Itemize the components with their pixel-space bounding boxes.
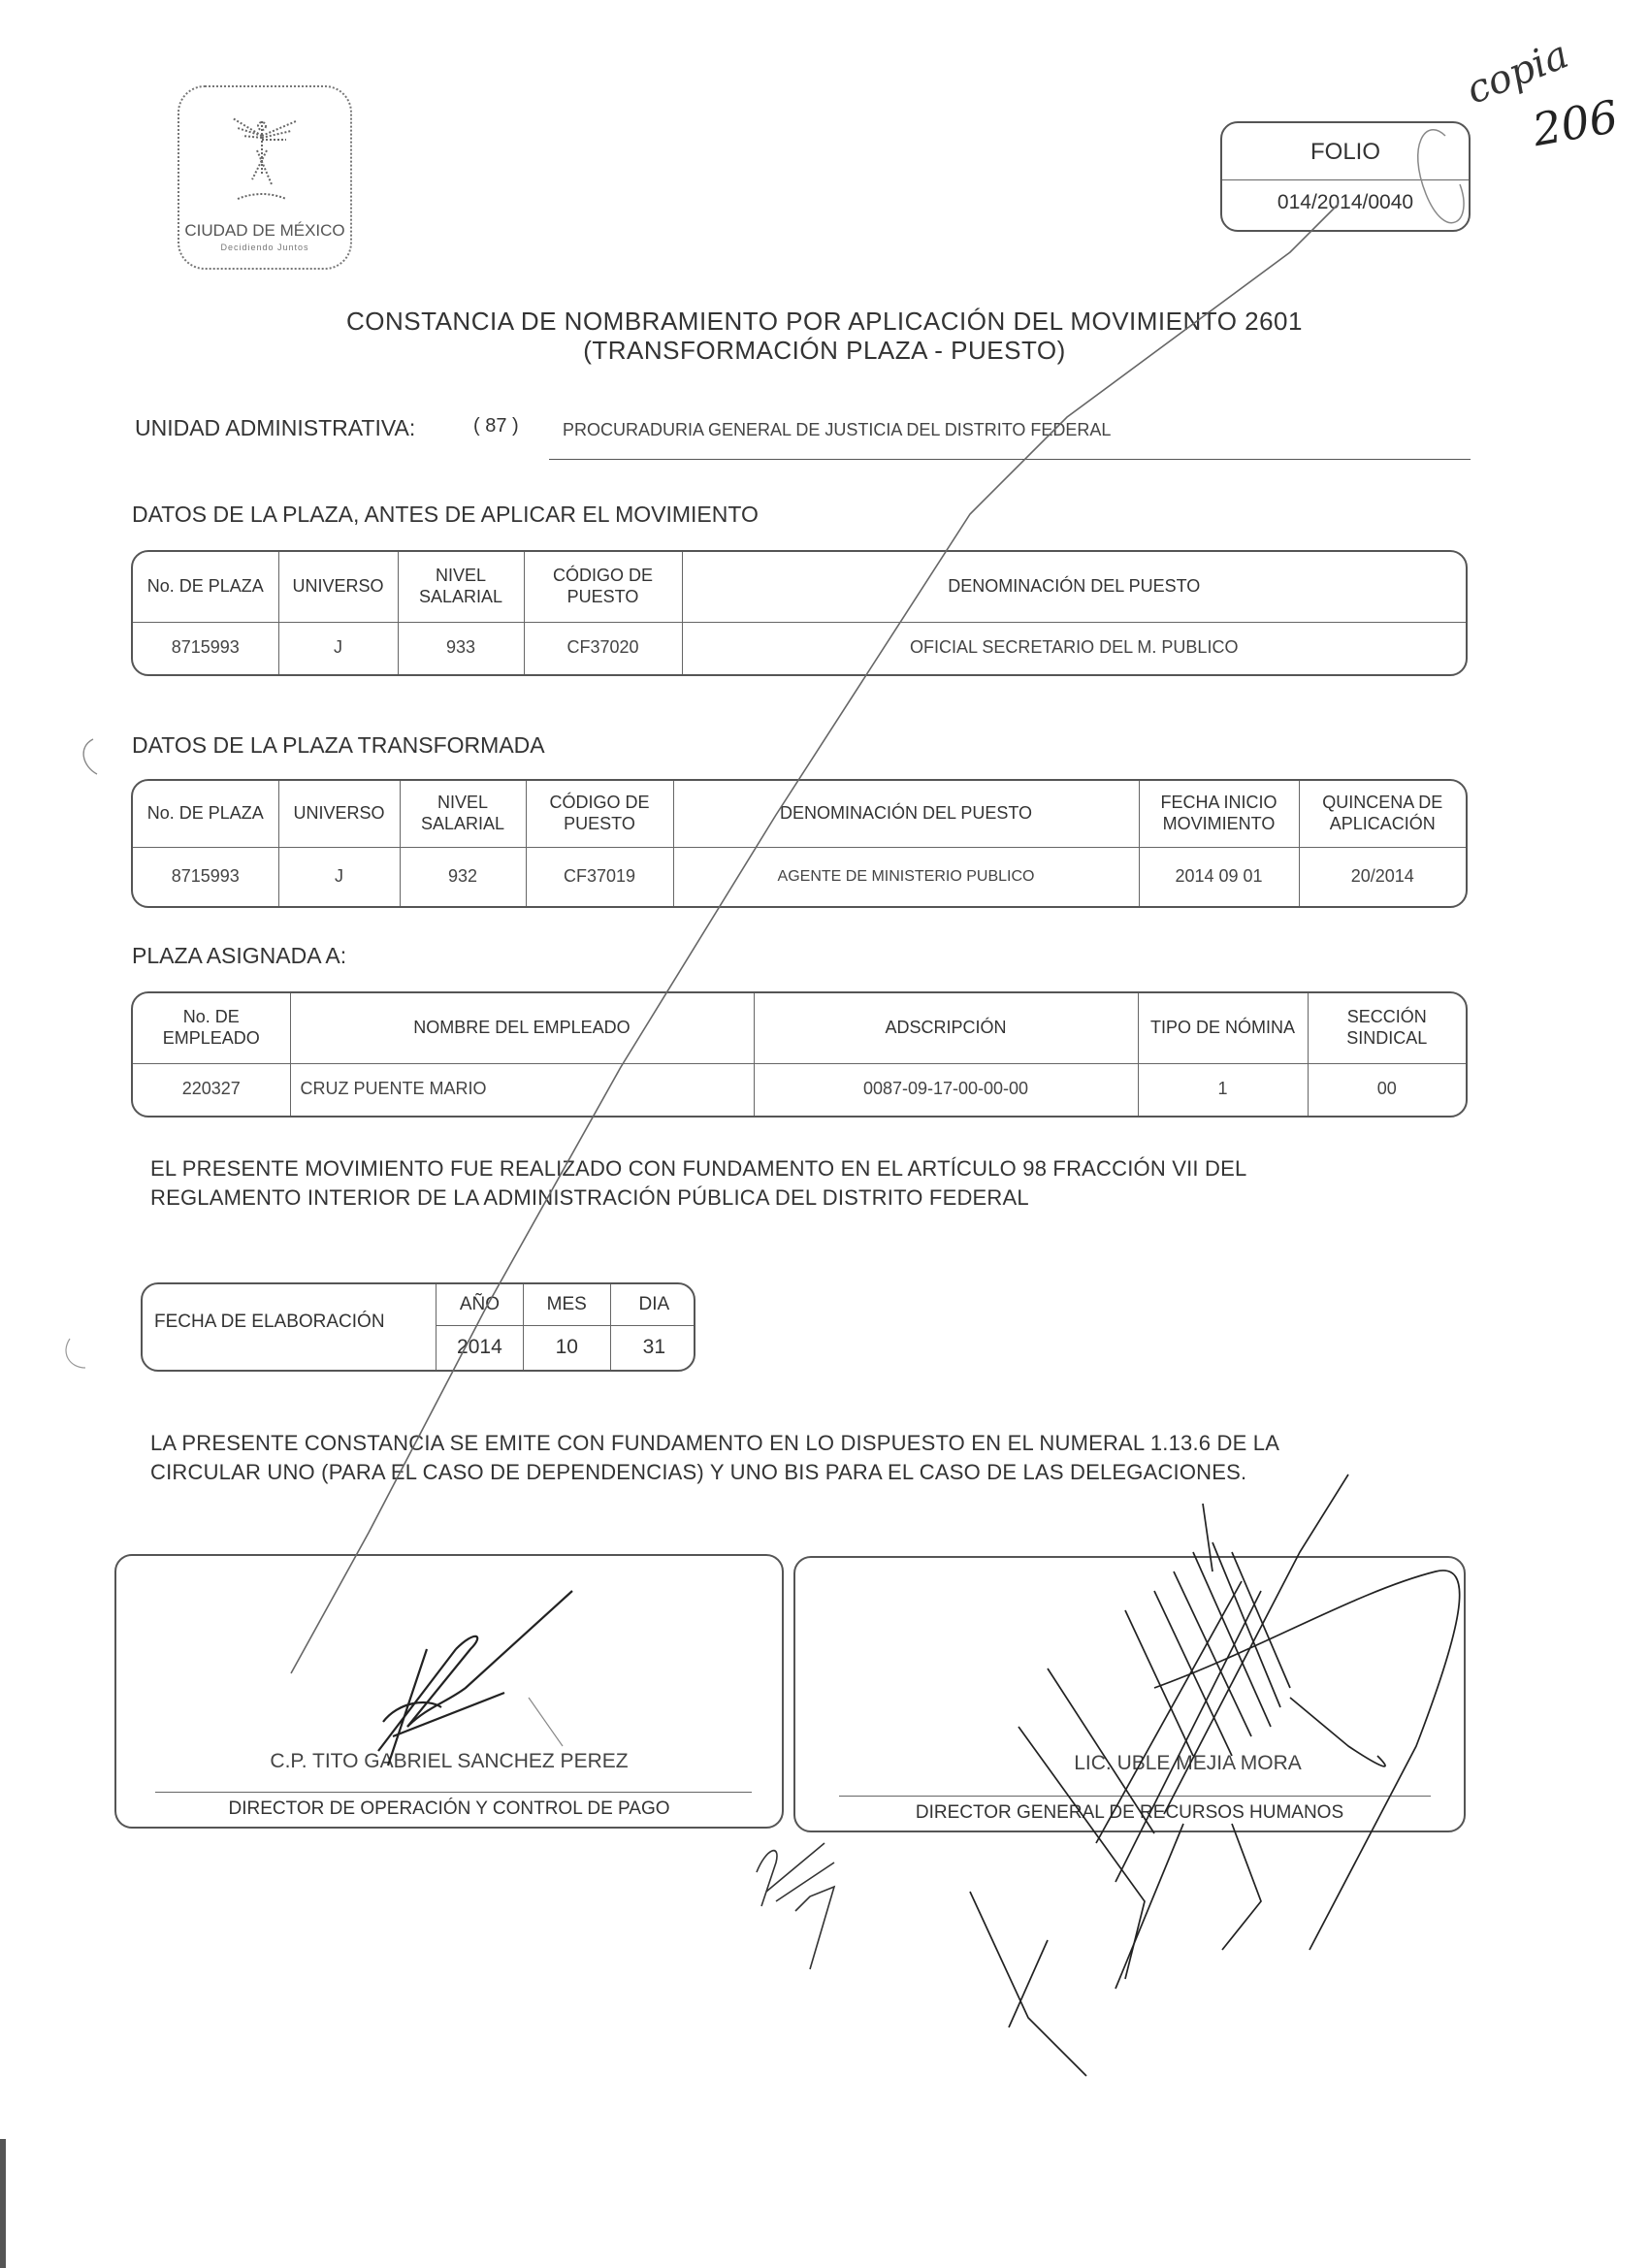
unidad-name: PROCURADURIA GENERAL DE JUSTICIA DEL DIS…	[563, 420, 1111, 440]
cell-denominacion: AGENTE DE MINISTERIO PUBLICO	[673, 847, 1139, 906]
cell-codigo-puesto: CF37020	[524, 622, 682, 674]
col-header-universo: UNIVERSO	[278, 781, 400, 847]
col-header-nivel-salarial: NIVEL SALARIAL	[398, 552, 524, 622]
logo-city-name: CIUDAD DE MÉXICO	[179, 221, 350, 241]
cell-denominacion: OFICIAL SECRETARIO DEL M. PUBLICO	[682, 622, 1466, 674]
unidad-label: UNIDAD ADMINISTRATIVA:	[135, 415, 415, 441]
cell-quincena: 20/2014	[1299, 847, 1466, 906]
unidad-code: ( 87 )	[473, 415, 519, 437]
constancia-line-1: LA PRESENTE CONSTANCIA SE EMITE CON FUND…	[150, 1429, 1279, 1458]
folio-divider	[1222, 179, 1469, 180]
handwritten-page-number: 206	[1529, 90, 1622, 156]
col-header-denominacion: DENOMINACIÓN DEL PUESTO	[673, 781, 1139, 847]
cell-nivel-salarial: 933	[398, 622, 524, 674]
signer-title: DIRECTOR DE OPERACIÓN Y CONTROL DE PAGO	[116, 1798, 782, 1820]
fecha-header-ano: AÑO	[436, 1284, 524, 1325]
table-row: 8715993 J 932 CF37019 AGENTE DE MINISTER…	[133, 847, 1466, 906]
cell-tipo-nomina: 1	[1138, 1063, 1308, 1116]
col-header-no-plaza: No. DE PLAZA	[133, 781, 278, 847]
fecha-value-dia: 31	[610, 1325, 695, 1370]
fecha-header-dia: DIA	[610, 1284, 695, 1325]
document-title: CONSTANCIA DE NOMBRAMIENTO POR APLICACIÓ…	[0, 307, 1649, 337]
fecha-elaboracion-box: FECHA DE ELABORACIÓN AÑO MES DIA 2014 10…	[141, 1282, 695, 1372]
cell-adscripcion: 0087-09-17-00-00-00	[754, 1063, 1138, 1116]
cell-codigo-puesto: CF37019	[526, 847, 673, 906]
cell-no-plaza: 8715993	[133, 847, 278, 906]
col-header-codigo-puesto: CÓDIGO DE PUESTO	[526, 781, 673, 847]
section-heading-transformada: DATOS DE LA PLAZA TRANSFORMADA	[132, 732, 545, 759]
cell-universo: J	[278, 622, 398, 674]
folio-label: FOLIO	[1222, 139, 1469, 166]
signer-name: C.P. TITO GABRIEL SANCHEZ PEREZ	[116, 1750, 782, 1773]
initials-mark	[757, 1843, 834, 1969]
fecha-header-mes: MES	[523, 1284, 610, 1325]
table-row: 220327 CRUZ PUENTE MARIO 0087-09-17-00-0…	[133, 1063, 1466, 1116]
section-heading-antes: DATOS DE LA PLAZA, ANTES DE APLICAR EL M…	[132, 502, 759, 528]
signature-line	[155, 1792, 752, 1793]
fundamento-line-1: EL PRESENTE MOVIMIENTO FUE REALIZADO CON…	[150, 1154, 1246, 1183]
col-header-fecha-inicio: FECHA INICIO MOVIMIENTO	[1139, 781, 1299, 847]
fecha-value-mes: 10	[523, 1325, 610, 1370]
fundamento-line-2: REGLAMENTO INTERIOR DE LA ADMINISTRACIÓN…	[150, 1183, 1029, 1213]
col-header-quincena: QUINCENA DE APLICACIÓN	[1299, 781, 1466, 847]
cell-nombre: CRUZ PUENTE MARIO	[290, 1063, 754, 1116]
col-header-nombre: NOMBRE DEL EMPLEADO	[290, 993, 754, 1063]
signer-name: LIC. UBLE MEJIA MORA	[854, 1752, 1522, 1775]
fecha-label: FECHA DE ELABORACIÓN	[154, 1312, 385, 1333]
logo-tagline: Decidiendo Juntos	[179, 243, 350, 252]
signature-box-operacion: C.P. TITO GABRIEL SANCHEZ PEREZ DIRECTOR…	[114, 1554, 784, 1829]
col-header-no-plaza: No. DE PLAZA	[133, 552, 278, 622]
col-header-universo: UNIVERSO	[278, 552, 398, 622]
cell-universo: J	[278, 847, 400, 906]
cell-fecha-inicio: 2014 09 01	[1139, 847, 1299, 906]
col-header-nivel-salarial: NIVEL SALARIAL	[400, 781, 526, 847]
cell-no-plaza: 8715993	[133, 622, 278, 674]
col-header-tipo-nomina: TIPO DE NÓMINA	[1138, 993, 1308, 1063]
section-heading-asignada: PLAZA ASIGNADA A:	[132, 943, 346, 969]
signature-line	[839, 1796, 1431, 1797]
folio-box: FOLIO 014/2014/0040	[1220, 121, 1471, 232]
table-row: 8715993 J 933 CF37020 OFICIAL SECRETARIO…	[133, 622, 1466, 674]
scan-edge	[0, 2139, 6, 2268]
signature-box-recursos-humanos: LIC. UBLE MEJIA MORA DIRECTOR GENERAL DE…	[793, 1556, 1466, 1832]
unidad-underline	[549, 459, 1471, 460]
fecha-value-ano: 2014	[436, 1325, 524, 1370]
plaza-antes-table: No. DE PLAZA UNIVERSO NIVEL SALARIAL CÓD…	[131, 550, 1468, 676]
cell-no-empleado: 220327	[133, 1063, 290, 1116]
constancia-line-2: CIRCULAR UNO (PARA EL CASO DE DEPENDENCI…	[150, 1458, 1246, 1487]
col-header-denominacion: DENOMINACIÓN DEL PUESTO	[682, 552, 1466, 622]
col-header-seccion-sindical: SECCIÓN SINDICAL	[1308, 993, 1466, 1063]
col-header-no-empleado: No. DE EMPLEADO	[133, 993, 290, 1063]
col-header-codigo-puesto: CÓDIGO DE PUESTO	[524, 552, 682, 622]
cdmx-logo: CIUDAD DE MÉXICO Decidiendo Juntos	[178, 85, 352, 270]
document-subtitle: (TRANSFORMACIÓN PLAZA - PUESTO)	[0, 336, 1649, 366]
plaza-asignada-table: No. DE EMPLEADO NOMBRE DEL EMPLEADO ADSC…	[131, 991, 1468, 1118]
signer-title: DIRECTOR GENERAL DE RECURSOS HUMANOS	[795, 1802, 1464, 1824]
cell-seccion-sindical: 00	[1308, 1063, 1466, 1116]
folio-number: 014/2014/0040	[1222, 191, 1469, 214]
angel-emblem-icon	[218, 107, 306, 204]
cell-nivel-salarial: 932	[400, 847, 526, 906]
fecha-grid: AÑO MES DIA 2014 10 31	[436, 1284, 695, 1370]
plaza-transformada-table: No. DE PLAZA UNIVERSO NIVEL SALARIAL CÓD…	[131, 779, 1468, 908]
col-header-adscripcion: ADSCRIPCIÓN	[754, 993, 1138, 1063]
